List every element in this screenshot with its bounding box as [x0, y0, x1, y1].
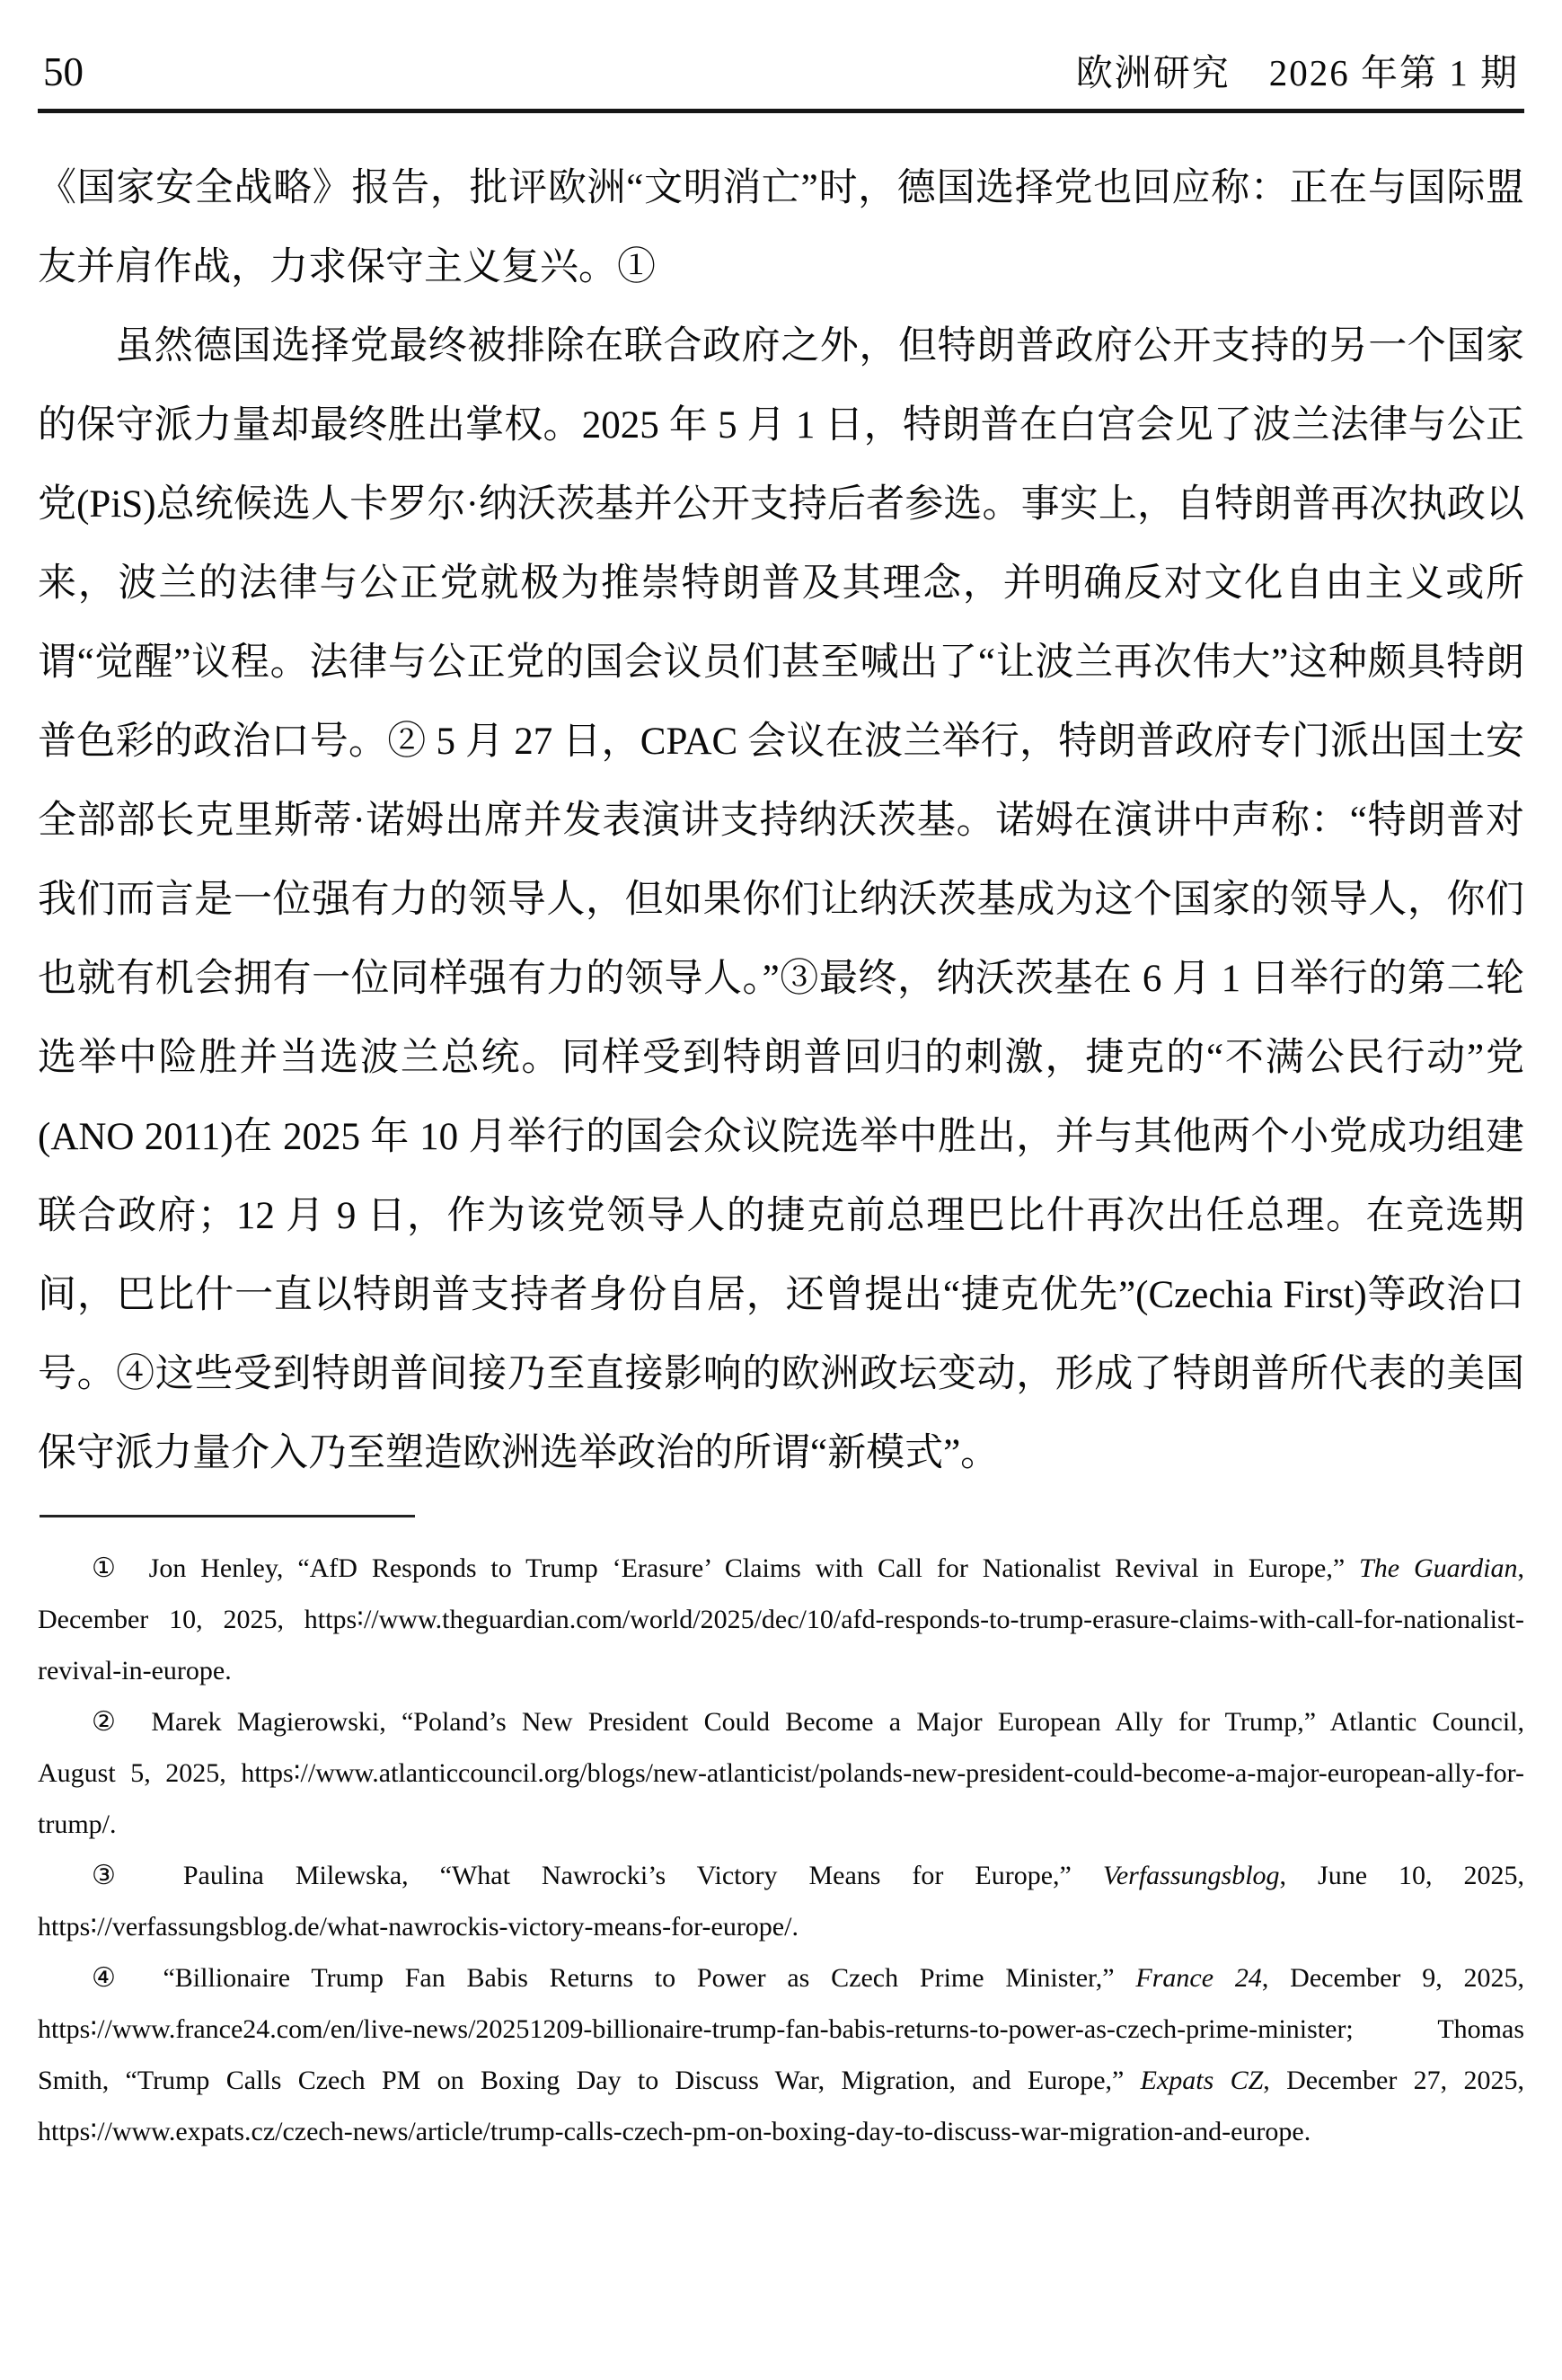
footnote-1-text: ① Jon Henley, “AfD Responds to Trump ‘Er…	[92, 1553, 1359, 1583]
footnote-4-source-italic: France 24	[1135, 1963, 1261, 1993]
footnote-3: ③ Paulina Milewska, “What Nawrocki’s Vic…	[38, 1850, 1524, 1952]
page-number: 50	[43, 49, 84, 95]
footnote-4-source-italic: Expats CZ	[1141, 2066, 1264, 2095]
footnote-1: ① Jon Henley, “AfD Responds to Trump ‘Er…	[38, 1543, 1524, 1696]
header-rule	[38, 109, 1524, 113]
body-paragraph-1: 《国家安全战略》报告，批评欧洲“文明消亡”时，德国选择党也回应称：正在与国际盟友…	[38, 149, 1524, 307]
footnote-2: ② Marek Magierowski, “Poland’s New Presi…	[38, 1696, 1524, 1850]
page-header: 50 欧洲研究 2026 年第 1 期	[38, 43, 1524, 96]
body-paragraph-2: 虽然德国选择党最终被排除在联合政府之外，但特朗普政府公开支持的另一个国家的保守派…	[38, 307, 1524, 1493]
footnote-3-text: ③ Paulina Milewska, “What Nawrocki’s Vic…	[92, 1861, 1103, 1890]
article-body: 《国家安全战略》报告，批评欧洲“文明消亡”时，德国选择党也回应称：正在与国际盟友…	[38, 149, 1524, 1493]
footnote-4-text: ④ “Billionaire Trump Fan Babis Returns t…	[92, 1963, 1135, 1993]
footnote-separator-rule	[40, 1515, 415, 1517]
footnote-1-source-italic: The Guardian	[1359, 1553, 1517, 1583]
footnote-4: ④ “Billionaire Trump Fan Babis Returns t…	[38, 1952, 1524, 2157]
journal-issue-info: 欧洲研究 2026 年第 1 期	[1076, 43, 1519, 96]
journal-page: 50 欧洲研究 2026 年第 1 期 《国家安全战略》报告，批评欧洲“文明消亡…	[0, 0, 1562, 2380]
footnote-3-source-italic: Verfassungsblog	[1103, 1861, 1280, 1890]
footnotes-section: ① Jon Henley, “AfD Responds to Trump ‘Er…	[38, 1543, 1524, 2157]
footnote-2-text: ② Marek Magierowski, “Poland’s New Presi…	[38, 1707, 1524, 1839]
